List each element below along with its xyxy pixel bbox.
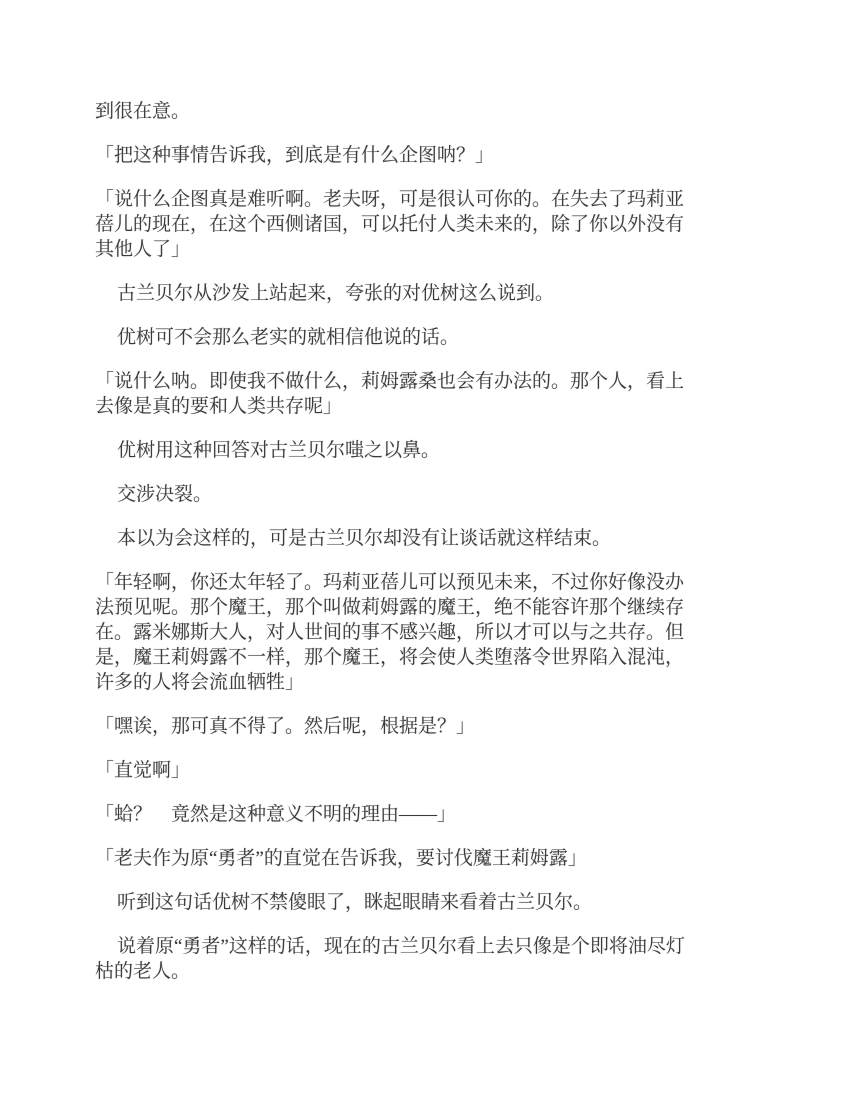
paragraph-2: 「把这种事情告诉我，到底是有什么企图呐？」 xyxy=(95,143,767,168)
paragraph-14: 「老夫作为原“勇者”的直觉在告诉我，要讨伐魔王莉姆露」 xyxy=(95,846,767,871)
paragraph-11: 「嘿诶，那可真不得了。然后呢，根据是？」 xyxy=(95,714,767,739)
paragraph-16: 说着原“勇者”这样的话，现在的古兰贝尔看上去只像是个即将油尽灯枯的老人。 xyxy=(95,934,767,984)
paragraph-13: 「蛤？ 竟然是这种意义不明的理由——」 xyxy=(95,802,767,827)
paragraph-8: 交涉决裂。 xyxy=(95,482,767,507)
paragraph-6: 「说什么呐。即使我不做什么，莉姆露桑也会有办法的。那个人，看上去像是真的要和人类… xyxy=(95,369,767,419)
paragraph-12: 「直觉啊」 xyxy=(95,758,767,783)
paragraph-5: 优树可不会那么老实的就相信他说的话。 xyxy=(95,325,767,350)
novel-page: 到很在意。「把这种事情告诉我，到底是有什么企图呐？」「说什么企图真是难听啊。老夫… xyxy=(0,0,850,1100)
paragraph-7: 优树用这种回答对古兰贝尔嗤之以鼻。 xyxy=(95,438,767,463)
paragraph-15: 听到这句话优树不禁傻眼了，眯起眼睛来看着古兰贝尔。 xyxy=(95,890,767,915)
paragraph-3: 「说什么企图真是难听啊。老夫呀，可是很认可你的。在失去了玛莉亚蓓儿的现在，在这个… xyxy=(95,187,767,262)
paragraph-10: 「年轻啊，你还太年轻了。玛莉亚蓓儿可以预见未来，不过你好像没办法预见呢。那个魔王… xyxy=(95,570,767,695)
paragraph-1: 到很在意。 xyxy=(95,99,767,124)
paragraph-4: 古兰贝尔从沙发上站起来，夸张的对优树这么说到。 xyxy=(95,281,767,306)
paragraph-9: 本以为会这样的，可是古兰贝尔却没有让谈话就这样结束。 xyxy=(95,526,767,551)
novel-text-block: 到很在意。「把这种事情告诉我，到底是有什么企图呐？」「说什么企图真是难听啊。老夫… xyxy=(95,99,767,1003)
